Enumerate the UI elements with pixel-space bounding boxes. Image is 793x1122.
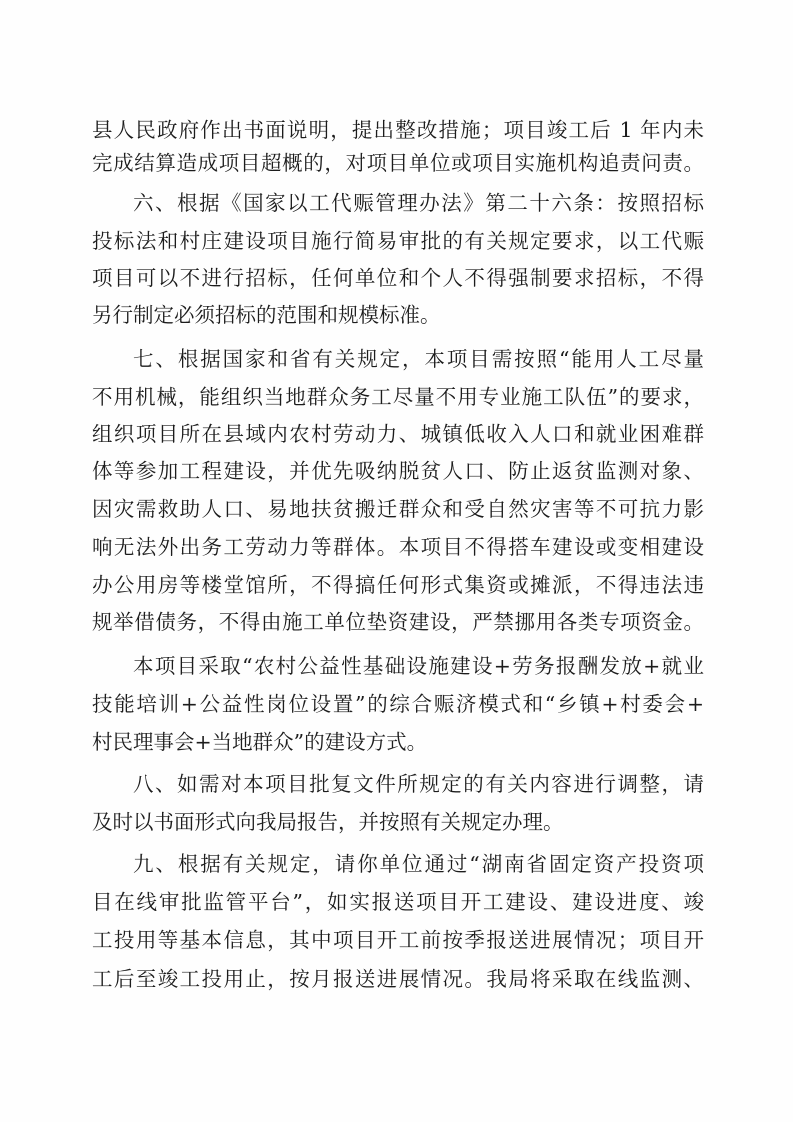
paragraph-line: 规举借债务，不得由施工单位垫资建设，严禁挪用各类专项资金。 (92, 610, 704, 634)
paragraph-line: 目在线审批监管平台”，如实报送项目开工建设、建设进度、竣 (92, 890, 704, 914)
section-eight-heading-line: 八、如需对本项目批复文件所规定的有关内容进行调整，请 (133, 772, 704, 796)
paragraph-line: 工投用等基本信息，其中项目开工前按季报送进展情况；项目开 (92, 928, 704, 952)
paragraph-line: 项目可以不进行招标，任何单位和个人不得强制要求招标，不得 (92, 266, 704, 290)
paragraph-line: 办公用房等楼堂馆所，不得搞任何形式集资或摊派，不得违法违 (92, 573, 704, 597)
paragraph-line: 县人民政府作出书面说明，提出整改措施；项目竣工后 1 年内未 (92, 118, 704, 142)
paragraph-line: 村民理事会+当地群众”的建设方式。 (92, 730, 704, 754)
paragraph-line: 投标法和村庄建设项目施行简易审批的有关规定要求，以工代赈 (92, 229, 704, 253)
paragraph-line: 技能培训+公益性岗位设置”的综合赈济模式和“乡镇+村委会+ (92, 692, 704, 716)
paragraph-line: 组织项目所在县域内农村劳动力、城镇低收入人口和就业困难群 (92, 422, 704, 446)
section-nine-heading-line: 九、根据有关规定，请你单位通过“湖南省固定资产投资项 (133, 852, 704, 876)
paragraph-line: 体等参加工程建设，并优先吸纳脱贫人口、防止返贫监测对象、 (92, 459, 704, 483)
paragraph-line: 及时以书面形式向我局报告，并按照有关规定办理。 (92, 810, 704, 834)
section-seven-heading-line: 七、根据国家和省有关规定，本项目需按照“能用人工尽量 (133, 347, 704, 371)
paragraph-line: 另行制定必须招标的范围和规模标准。 (92, 303, 704, 327)
paragraph-line: 本项目采取“农村公益性基础设施建设+劳务报酬发放+就业 (133, 654, 704, 678)
paragraph-line: 不用机械，能组织当地群众务工尽量不用专业施工队伍”的要求， (92, 385, 704, 409)
paragraph-line: 响无法外出务工劳动力等群体。本项目不得搭车建设或变相建设 (92, 535, 704, 559)
document-page: 县人民政府作出书面说明，提出整改措施；项目竣工后 1 年内未 完成结算造成项目超… (0, 0, 793, 1122)
paragraph-line: 工后至竣工投用止，按月报送进展情况。我局将采取在线监测、 (92, 967, 704, 991)
paragraph-line: 完成结算造成项目超概的，对项目单位或项目实施机构追责问责。 (92, 151, 704, 175)
paragraph-line: 因灾需救助人口、易地扶贫搬迁群众和受自然灾害等不可抗力影 (92, 497, 704, 521)
section-six-heading-line: 六、根据《国家以工代赈管理办法》第二十六条：按照招标 (133, 191, 704, 215)
